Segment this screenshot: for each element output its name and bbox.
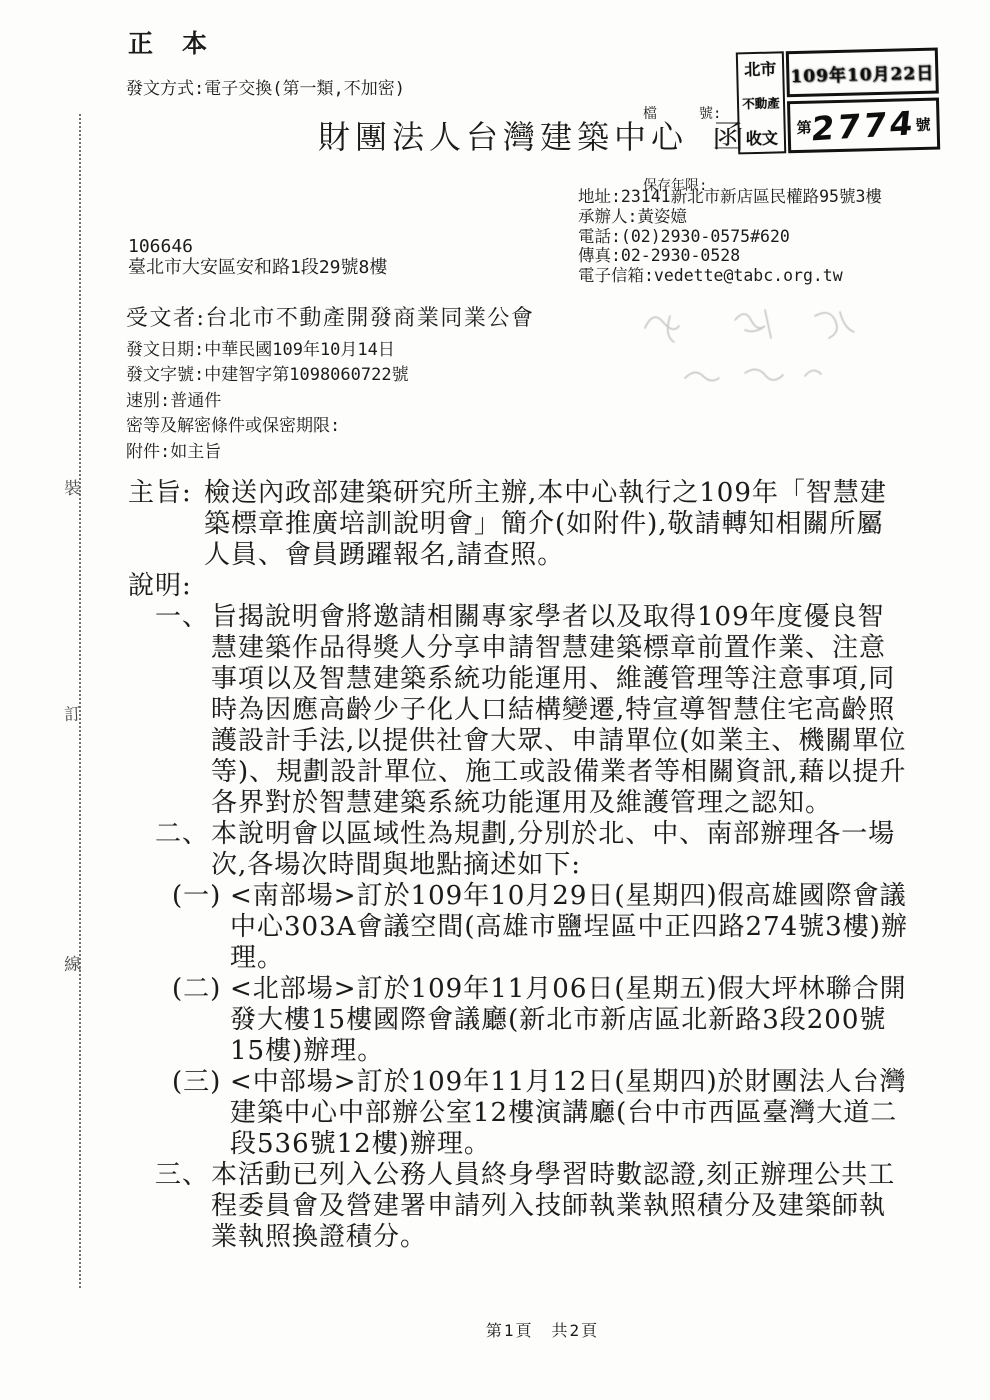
item-text: 旨揭說明會將邀請相關專家學者以及取得109年度優良智慧建築作品得獎人分享申請智慧…	[211, 602, 907, 819]
item-text: 本活動已列入公務人員終身學習時數認證,刻正辦理公共工程委員會及營建署申請列入技師…	[211, 1160, 907, 1253]
stamp-receipt-number: 第 2774 號	[787, 98, 940, 154]
issue-date-line: 發文日期:中華民國109年10月14日	[126, 338, 409, 363]
scanned-official-letter: 裝 訂 線 正 本 發文方式:電子交換(第一類,不加密) 檔 號: 保存年限: …	[0, 0, 990, 1400]
sender-contact-block: 地址:23141新北市新店區民權路95號3樓 承辦人:黃姿嬑 電話:(02)29…	[578, 187, 882, 286]
description-items: 一、 旨揭說明會將邀請相關專家學者以及取得109年度優良智慧建築作品得獎人分享申…	[155, 602, 930, 1253]
addressee-line: 受文者:台北市不動產開發商業同業公會	[126, 301, 534, 332]
letter-body: 主旨: 檢送內政部建築研究所主辦,本中心執行之109年「智慧建築標章推廣培訓說明…	[128, 478, 930, 1253]
description-item-1: 一、 旨揭說明會將邀請相關專家學者以及取得109年度優良智慧建築作品得獎人分享申…	[155, 602, 907, 819]
venue-item-south: (一) <南部場>訂於109年10月29日(星期四)假高雄國際會議中心303A會…	[172, 881, 908, 974]
venue-number: (二)	[172, 974, 230, 1067]
sender-email: 電子信箱:vedette@tabc.org.tw	[578, 266, 882, 286]
sender-contact-person: 承辦人:黃姿嬑	[578, 207, 882, 227]
subject-label: 主旨:	[128, 478, 204, 571]
description-item-2: 二、 本說明會以區域性為規劃,分別於北、中、南部辦理各一場次,各場次時間與地點摘…	[155, 819, 907, 881]
stamp-received-date: 109年10月22日	[786, 48, 939, 98]
venue-item-north: (二) <北部場>訂於109年11月06日(星期五)假大坪林聯合開發大樓15樓國…	[172, 974, 908, 1067]
sender-phone: 電話:(02)2930-0575#620	[578, 227, 882, 247]
sender-address: 地址:23141新北市新店區民權路95號3樓	[578, 187, 882, 207]
item-number: 三、	[155, 1160, 211, 1253]
venue-text: <中部場>訂於109年11月12日(星期四)於財團法人台灣建築中心中部辦公室12…	[230, 1067, 908, 1160]
venue-item-central: (三) <中部場>訂於109年11月12日(星期四)於財團法人台灣建築中心中部辦…	[172, 1067, 908, 1160]
recipient-street-address: 臺北市大安區安和路1段29號8樓	[128, 257, 387, 278]
recipient-postal-code: 106646	[128, 236, 387, 257]
attachment-line: 附件:如主旨	[126, 440, 409, 465]
venue-number: (一)	[172, 881, 230, 974]
recipient-address-block: 106646 臺北市大安區安和路1段29號8樓	[128, 236, 387, 278]
stamp-number-suffix: 號	[915, 113, 931, 134]
document-title: 財團法人台灣建築中心函	[318, 112, 749, 158]
page-number-footer: 第1頁 共2頁	[0, 1318, 990, 1341]
venue-text: <北部場>訂於109年11月06日(星期五)假大坪林聯合開發大樓15樓國際會議廳…	[230, 974, 908, 1067]
venue-text: <南部場>訂於109年10月29日(星期四)假高雄國際會議中心303A會議空間(…	[230, 881, 908, 974]
item-number: 二、	[155, 819, 211, 881]
item-text: 本說明會以區域性為規劃,分別於北、中、南部辦理各一場次,各場次時間與地點摘述如下…	[211, 819, 907, 881]
receipt-stamp: 北市 不動產 收文 109年10月22日 第 2774 號	[736, 48, 938, 155]
description-label: 說明:	[128, 571, 930, 602]
sender-fax: 傳真:02-2930-0528	[578, 246, 882, 266]
receipt-stamp-org: 北市 不動產 收文	[736, 51, 786, 154]
description-item-3: 三、 本活動已列入公務人員終身學習時數認證,刻正辦理公共工程委員會及營建署申請列…	[155, 1160, 907, 1253]
binding-mark-xian: 線	[63, 950, 81, 976]
priority-line: 速別:普通件	[126, 389, 409, 414]
stamp-number-handwritten: 2774	[809, 103, 917, 148]
faint-handwriting-marks	[615, 298, 945, 408]
binding-mark-zhuang: 裝	[63, 474, 81, 500]
subject-text: 檢送內政部建築研究所主辦,本中心執行之109年「智慧建築標章推廣培訓說明會」簡介…	[204, 478, 906, 571]
item-number: 一、	[155, 602, 211, 819]
binding-mark-ding: 訂	[63, 700, 81, 726]
stamp-number-prefix: 第	[796, 116, 812, 137]
copy-type-label: 正 本	[128, 24, 209, 60]
stamp-org-line3: 收文	[746, 125, 779, 149]
security-line: 密等及解密條件或保密期限:	[126, 414, 409, 439]
receipt-stamp-right: 109年10月22日 第 2774 號	[786, 48, 940, 154]
document-meta-block: 發文日期:中華民國109年10月14日 發文字號:中建智字第1098060722…	[126, 338, 409, 465]
stamp-org-line2: 不動產	[742, 93, 780, 112]
issuing-org-name: 財團法人台灣建築中心	[318, 118, 688, 156]
stamp-org-line1: 北市	[744, 56, 777, 80]
doc-number-line: 發文字號:中建智字第1098060722號	[126, 363, 409, 388]
subject-section: 主旨: 檢送內政部建築研究所主辦,本中心執行之109年「智慧建築標章推廣培訓說明…	[128, 478, 930, 571]
venue-number: (三)	[172, 1067, 230, 1160]
delivery-method: 發文方式:電子交換(第一類,不加密)	[126, 74, 405, 99]
venue-list: (一) <南部場>訂於109年10月29日(星期四)假高雄國際會議中心303A會…	[172, 881, 930, 1160]
